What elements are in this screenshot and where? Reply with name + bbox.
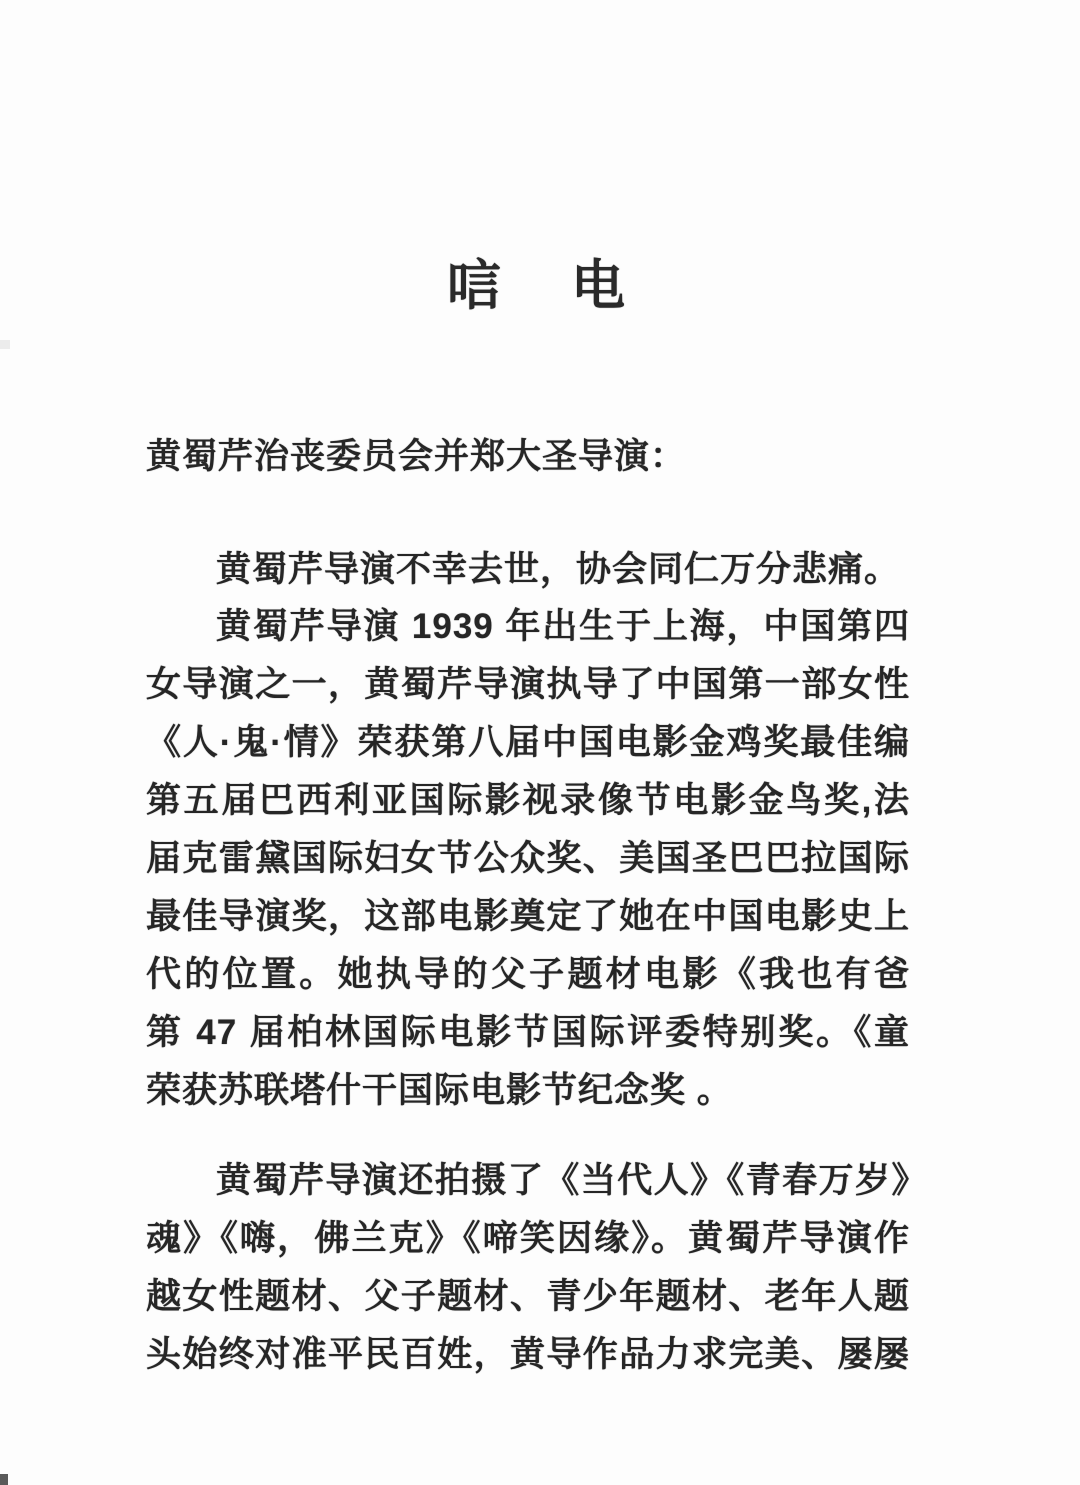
text-line: 届克雷黛国际妇女节公众奖、美国圣巴巴拉国际电影节: [146, 830, 910, 888]
letter-title: 唁 电: [0, 243, 1080, 320]
scanned-condolence-letter-page: 唁 电 黄蜀芹治丧委员会并郑大圣导演： 黄蜀芹导演不幸去世，协会同仁万分悲痛。 …: [0, 0, 1080, 1485]
text-line: 第五届巴西利亚国际影视录像节电影金鸟奖,法国第 11: [146, 772, 910, 830]
text-line: 荣获苏联塔什干国际电影节纪念奖 。: [146, 1062, 910, 1120]
text-line: 最佳导演奖，这部电影奠定了她在中国电影史上不可取: [146, 888, 910, 946]
scan-artifact-corner-speck: [0, 1474, 8, 1485]
text-line: 黄蜀芹导演不幸去世，协会同仁万分悲痛。: [146, 541, 910, 599]
text-line: 越女性题材、父子题材、青少年题材、老年人题材，镜: [146, 1268, 910, 1326]
text-line: 黄蜀芹导演还拍摄了《当代人》《青春万岁》《画: [146, 1152, 910, 1210]
text-line: 第 47 届柏林国际电影节国际评委特别奖。《童年朋友》: [146, 1004, 910, 1062]
text-line: 黄蜀芹导演 1939 年出生于上海，中国第四代著名: [146, 598, 910, 656]
text-line: 代的位置。她执导的父子题材电影《我也有爸爸》获得: [146, 946, 910, 1004]
text-line: 魂》《嗨，佛兰克》《啼笑因缘》。黄蜀芹导演作品跨: [146, 1210, 910, 1268]
text-line: 头始终对准平民百姓，黄导作品力求完美、屡屡获国际: [146, 1326, 910, 1384]
paragraph-condolence: 黄蜀芹导演不幸去世，协会同仁万分悲痛。: [146, 541, 910, 599]
text-line: 《人·鬼·情》荣获第八届中国电影金鸡奖最佳编剧奖、: [146, 714, 910, 772]
paragraph-filmography: 黄蜀芹导演还拍摄了《当代人》《青春万岁》《画 魂》《嗨，佛兰克》《啼笑因缘》。黄…: [146, 1152, 910, 1384]
salutation-line: 黄蜀芹治丧委员会并郑大圣导演：: [146, 433, 910, 481]
text-line: 女导演之一，黄蜀芹导演执导了中国第一部女性电影: [146, 656, 910, 714]
paragraph-biography: 黄蜀芹导演 1939 年出生于上海，中国第四代著名 女导演之一，黄蜀芹导演执导了…: [146, 598, 910, 1120]
scan-artifact-speck: [0, 340, 10, 349]
